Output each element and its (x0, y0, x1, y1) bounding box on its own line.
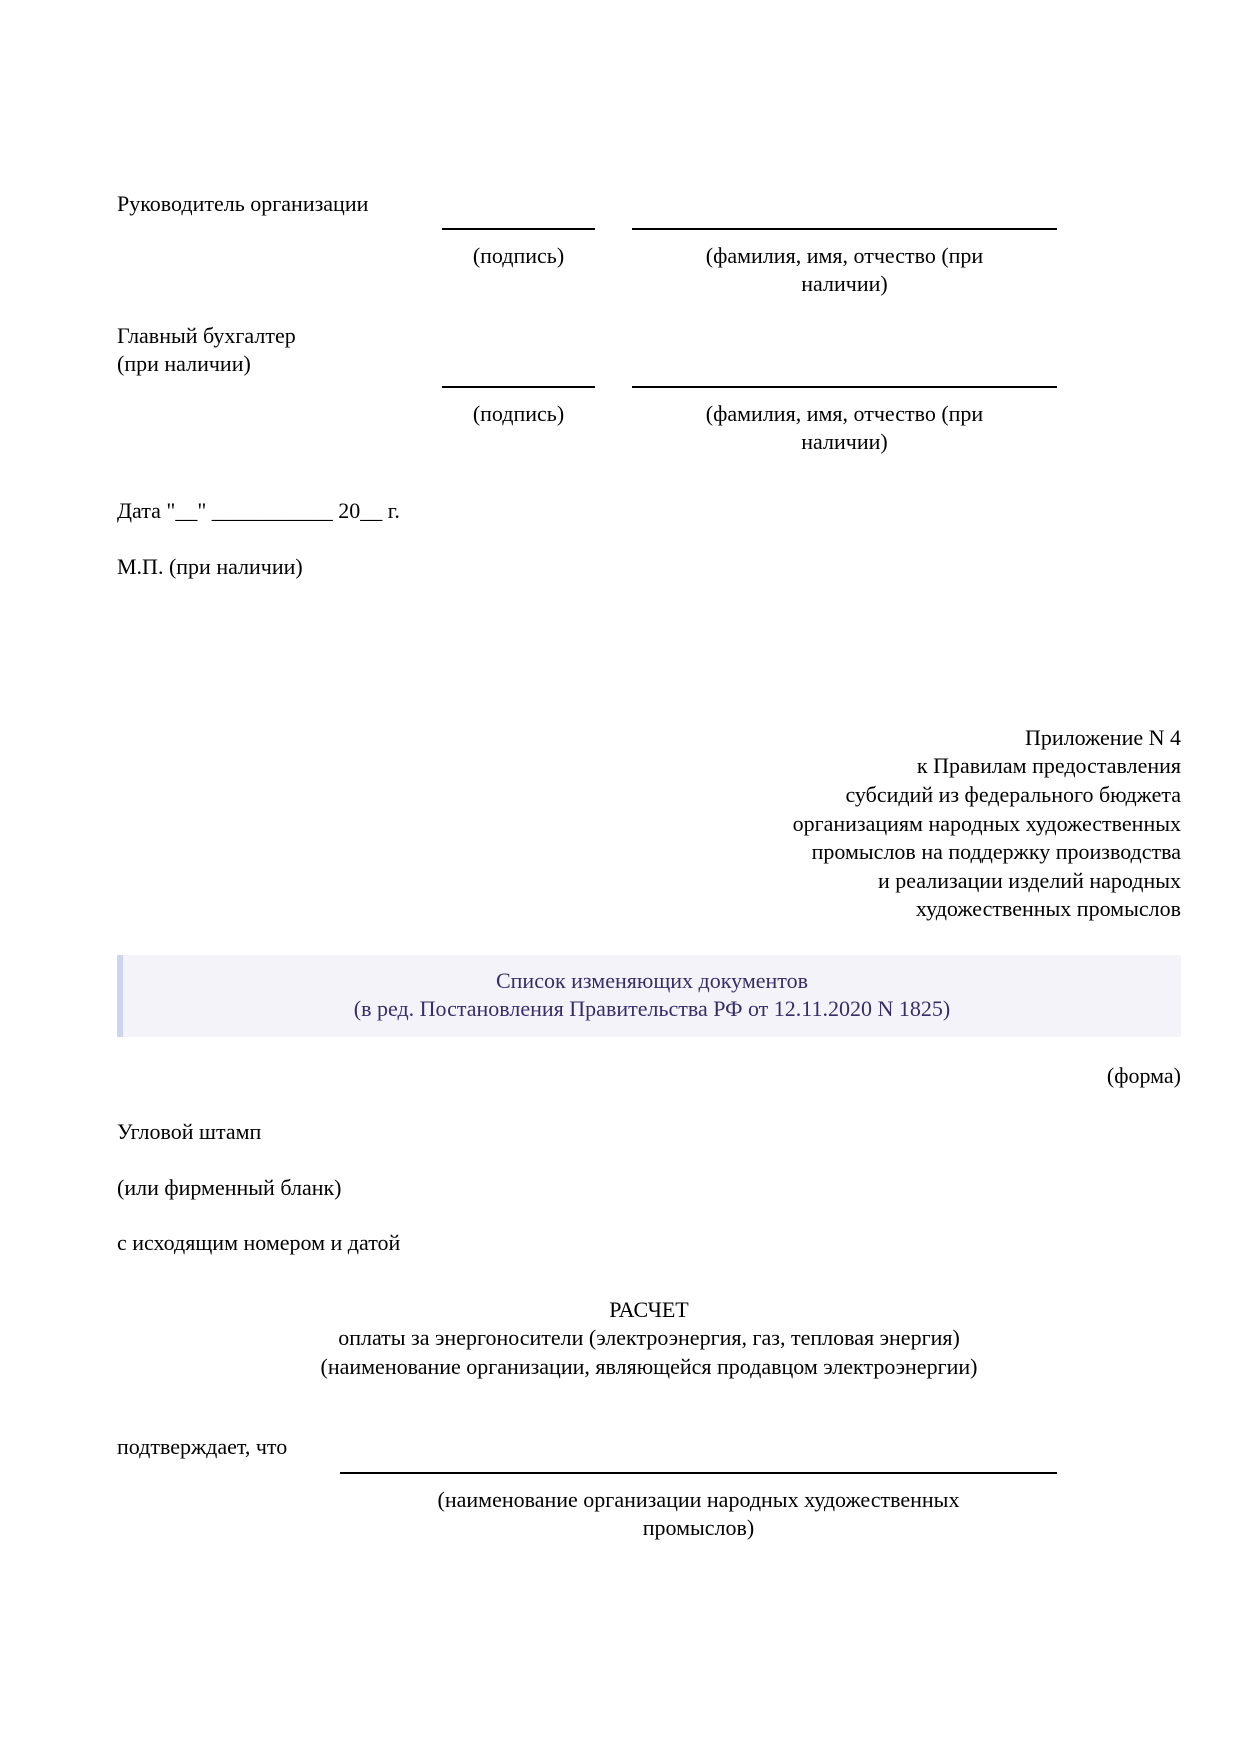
form-label: (форма) (900, 1062, 1181, 1090)
seal-line: М.П. (при наличии) (117, 553, 303, 581)
appendix-line-6: и реализации изделий народных (600, 867, 1181, 895)
stamp-line-1: Угловой штамп (117, 1118, 261, 1146)
revisions-detail[interactable]: (в ред. Постановления Правительства РФ о… (123, 995, 1181, 1023)
appendix-line-7: художественных промыслов (600, 895, 1181, 923)
stamp-line-3: с исходящим номером и датой (117, 1229, 400, 1257)
director-name-line[interactable] (632, 228, 1057, 230)
accountant-name-line[interactable] (632, 386, 1057, 388)
organization-caption-2: промыслов) (340, 1514, 1057, 1542)
confirm-label: подтверждает, что (117, 1433, 287, 1461)
revisions-title: Список изменяющих документов (123, 967, 1181, 995)
director-name-caption-2: наличии) (632, 270, 1057, 298)
director-name-caption-1: (фамилия, имя, отчество (при (632, 242, 1057, 270)
seller-caption: (наименование организации, являющейся пр… (117, 1353, 1181, 1381)
appendix-line-5: промыслов на поддержку производства (600, 838, 1181, 866)
accountant-name-caption-1: (фамилия, имя, отчество (при (632, 400, 1057, 428)
document-title: РАСЧЕТ (117, 1296, 1181, 1324)
accountant-label: Главный бухгалтер (117, 322, 296, 350)
appendix-line-3: субсидий из федерального бюджета (600, 781, 1181, 809)
accountant-signature-caption: (подпись) (442, 400, 595, 428)
accountant-label-note: (при наличии) (117, 350, 251, 378)
appendix-line-2: к Правилам предоставления (600, 752, 1181, 780)
organization-name-line[interactable] (340, 1472, 1057, 1474)
stamp-line-2: (или фирменный бланк) (117, 1174, 342, 1202)
appendix-line-4: организациям народных художественных (600, 810, 1181, 838)
appendix-line-1: Приложение N 4 (600, 724, 1181, 752)
revisions-box: Список изменяющих документов (в ред. Пос… (117, 955, 1181, 1037)
date-line[interactable]: Дата "__" ___________ 20__ г. (117, 497, 400, 525)
organization-caption-1: (наименование организации народных худож… (340, 1486, 1057, 1514)
director-signature-caption: (подпись) (442, 242, 595, 270)
document-subtitle: оплаты за энергоносители (электроэнергия… (117, 1324, 1181, 1352)
accountant-signature-line[interactable] (442, 386, 595, 388)
director-signature-line[interactable] (442, 228, 595, 230)
accountant-name-caption-2: наличии) (632, 428, 1057, 456)
director-label: Руководитель организации (117, 190, 368, 218)
